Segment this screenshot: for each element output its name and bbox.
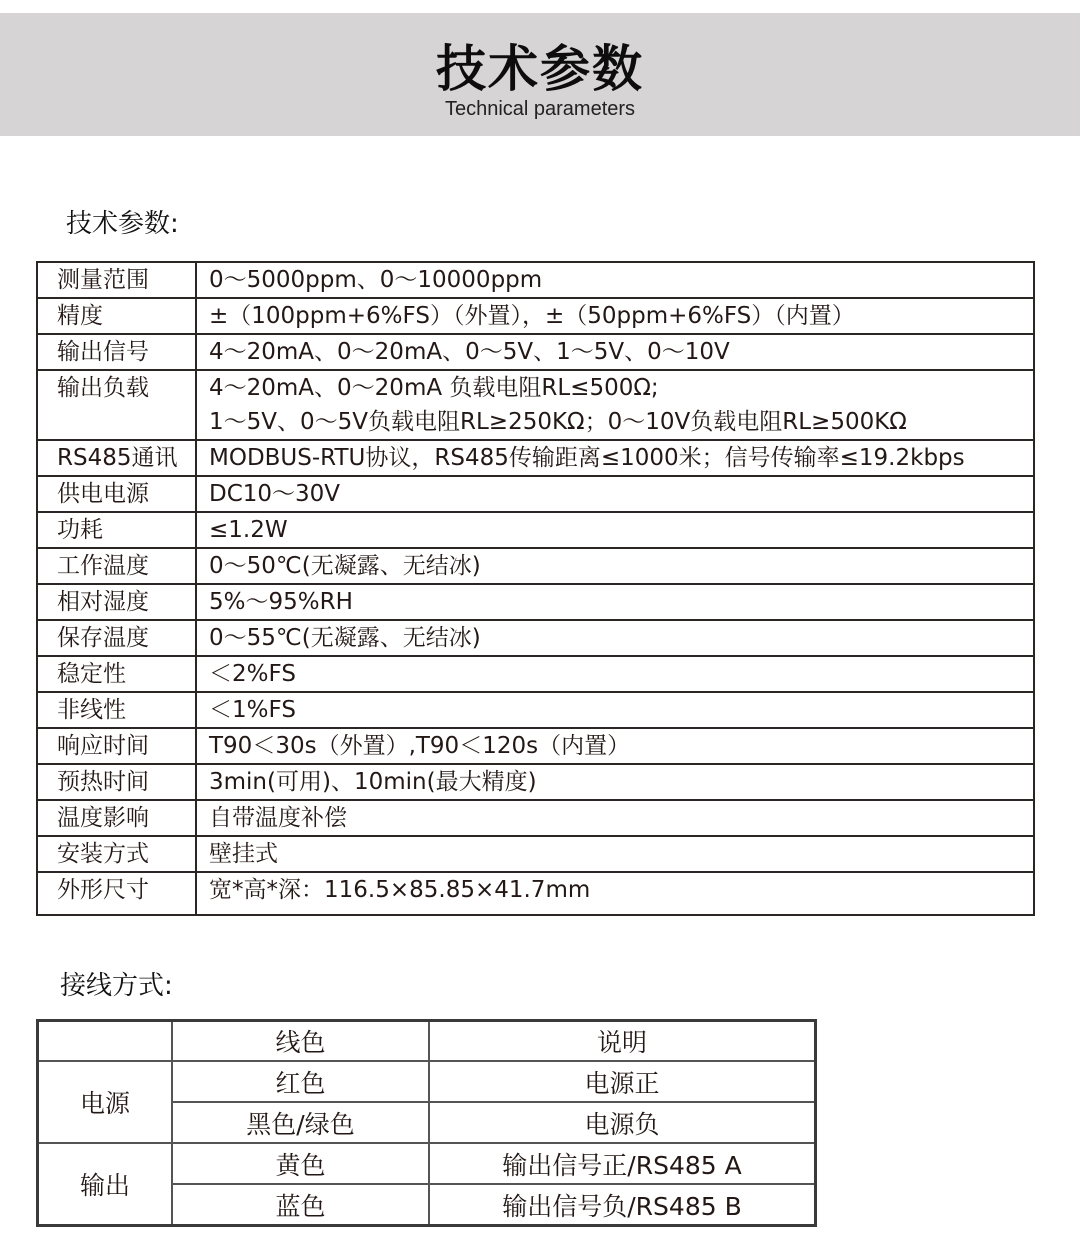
param-row: 稳定性＜2%FS — [37, 656, 1034, 692]
param-value-line: 自带温度补偿 — [209, 801, 1033, 835]
param-value: 4～20mA、0～20mA 负载电阻RL≤500Ω;1～5V、0～5V负载电阻R… — [196, 370, 1034, 440]
param-value: 0～55℃(无凝露、无结冰) — [196, 620, 1034, 656]
param-value-line: 0～50℃(无凝露、无结冰) — [209, 549, 1033, 583]
param-value-line: ＜1%FS — [209, 693, 1033, 727]
param-row: 精度±（100ppm+6%FS）（外置），±（50ppm+6%FS）（内置） — [37, 298, 1034, 334]
param-name: 温度影响 — [37, 800, 196, 836]
wire-desc: 输出信号正/RS485 A — [429, 1143, 816, 1184]
wire-desc: 输出信号负/RS485 B — [429, 1184, 816, 1226]
param-name: 相对湿度 — [37, 584, 196, 620]
param-value-line: ＜2%FS — [209, 657, 1033, 691]
param-value-line: 4～20mA、0～20mA 负载电阻RL≤500Ω; — [209, 371, 1033, 405]
wiring-group-output: 输出 — [38, 1143, 173, 1226]
param-value-line: 0～55℃(无凝露、无结冰) — [209, 621, 1033, 655]
param-row: 安装方式壁挂式 — [37, 836, 1034, 872]
param-name: 功耗 — [37, 512, 196, 548]
param-value-line: DC10～30V — [209, 477, 1033, 511]
param-row: 外形尺寸宽*高*深：116.5×85.85×41.7mm — [37, 872, 1034, 915]
param-value: 4～20mA、0～20mA、0～5V、1～5V、0～10V — [196, 334, 1034, 370]
wire-desc: 电源负 — [429, 1102, 816, 1143]
param-value: ±（100ppm+6%FS）（外置），±（50ppm+6%FS）（内置） — [196, 298, 1034, 334]
wiring-section-heading: 接线方式: — [60, 970, 173, 1002]
param-row: 供电电源DC10～30V — [37, 476, 1034, 512]
wiring-header-group — [38, 1021, 173, 1062]
param-value-line: 壁挂式 — [209, 837, 1033, 871]
wiring-group-power: 电源 — [38, 1061, 173, 1143]
param-row: 预热时间3min(可用)、10min(最大精度) — [37, 764, 1034, 800]
wiring-row: 电源 红色 电源正 — [38, 1061, 816, 1102]
wire-color: 黑色/绿色 — [172, 1102, 429, 1143]
param-name: 稳定性 — [37, 656, 196, 692]
param-row: 保存温度0～55℃(无凝露、无结冰) — [37, 620, 1034, 656]
param-name: 非线性 — [37, 692, 196, 728]
param-row: 输出信号4～20mA、0～20mA、0～5V、1～5V、0～10V — [37, 334, 1034, 370]
param-row: 工作温度0～50℃(无凝露、无结冰) — [37, 548, 1034, 584]
param-value: DC10～30V — [196, 476, 1034, 512]
page-title: 技术参数 — [0, 39, 1080, 99]
param-value-line: 3min(可用)、10min(最大精度) — [209, 765, 1033, 799]
param-value-line: ≤1.2W — [209, 513, 1033, 547]
wire-color: 红色 — [172, 1061, 429, 1102]
param-value: T90＜30s（外置）,T90＜120s（内置） — [196, 728, 1034, 764]
param-name: 响应时间 — [37, 728, 196, 764]
param-name: 供电电源 — [37, 476, 196, 512]
param-name: 测量范围 — [37, 262, 196, 298]
param-value: 0～50℃(无凝露、无结冰) — [196, 548, 1034, 584]
param-value: MODBUS-RTU协议，RS485传输距离≤1000米；信号传输率≤19.2k… — [196, 440, 1034, 476]
param-value-line: T90＜30s（外置）,T90＜120s（内置） — [209, 729, 1033, 763]
param-name: 保存温度 — [37, 620, 196, 656]
param-value: ＜2%FS — [196, 656, 1034, 692]
technical-params-table: 测量范围0～5000ppm、0～10000ppm精度±（100ppm+6%FS）… — [36, 261, 1035, 916]
param-value-line: 宽*高*深：116.5×85.85×41.7mm — [209, 873, 1033, 907]
param-row: 输出负载4～20mA、0～20mA 负载电阻RL≤500Ω;1～5V、0～5V负… — [37, 370, 1034, 440]
param-value-line: ±（100ppm+6%FS）（外置），±（50ppm+6%FS）（内置） — [209, 299, 1033, 333]
param-row: 测量范围0～5000ppm、0～10000ppm — [37, 262, 1034, 298]
param-row: 温度影响自带温度补偿 — [37, 800, 1034, 836]
param-name: 输出负载 — [37, 370, 196, 440]
param-value: ≤1.2W — [196, 512, 1034, 548]
param-value-line: 1～5V、0～5V负载电阻RL≥250KΩ；0～10V负载电阻RL≥500KΩ — [209, 405, 1033, 439]
page-subtitle: Technical parameters — [0, 96, 1080, 122]
wire-color: 蓝色 — [172, 1184, 429, 1226]
param-value: 壁挂式 — [196, 836, 1034, 872]
params-section-heading: 技术参数: — [66, 208, 179, 240]
param-row: 响应时间T90＜30s（外置）,T90＜120s（内置） — [37, 728, 1034, 764]
param-value: 自带温度补偿 — [196, 800, 1034, 836]
param-name: RS485通讯 — [37, 440, 196, 476]
param-value-line: 5%～95%RH — [209, 585, 1033, 619]
param-name: 输出信号 — [37, 334, 196, 370]
param-row: 非线性＜1%FS — [37, 692, 1034, 728]
param-value: 3min(可用)、10min(最大精度) — [196, 764, 1034, 800]
param-value: ＜1%FS — [196, 692, 1034, 728]
header-banner: 技术参数 Technical parameters — [0, 13, 1080, 136]
param-value: 宽*高*深：116.5×85.85×41.7mm — [196, 872, 1034, 915]
param-row: RS485通讯MODBUS-RTU协议，RS485传输距离≤1000米；信号传输… — [37, 440, 1034, 476]
param-row: 相对湿度5%～95%RH — [37, 584, 1034, 620]
param-name: 工作温度 — [37, 548, 196, 584]
wiring-table: 线色 说明 电源 红色 电源正 黑色/绿色 电源负 输出 黄色 输出信号正/RS… — [36, 1019, 817, 1227]
wiring-row: 输出 黄色 输出信号正/RS485 A — [38, 1143, 816, 1184]
param-row: 功耗≤1.2W — [37, 512, 1034, 548]
wiring-header-desc: 说明 — [429, 1021, 816, 1062]
param-name: 安装方式 — [37, 836, 196, 872]
param-value-line: 0～5000ppm、0～10000ppm — [209, 263, 1033, 297]
param-value: 0～5000ppm、0～10000ppm — [196, 262, 1034, 298]
param-value-line: MODBUS-RTU协议，RS485传输距离≤1000米；信号传输率≤19.2k… — [209, 441, 1033, 475]
param-name: 预热时间 — [37, 764, 196, 800]
param-value-line: 4～20mA、0～20mA、0～5V、1～5V、0～10V — [209, 335, 1033, 369]
param-name: 精度 — [37, 298, 196, 334]
param-name: 外形尺寸 — [37, 872, 196, 915]
param-value: 5%～95%RH — [196, 584, 1034, 620]
wiring-header-row: 线色 说明 — [38, 1021, 816, 1062]
wire-desc: 电源正 — [429, 1061, 816, 1102]
wiring-header-color: 线色 — [172, 1021, 429, 1062]
wire-color: 黄色 — [172, 1143, 429, 1184]
